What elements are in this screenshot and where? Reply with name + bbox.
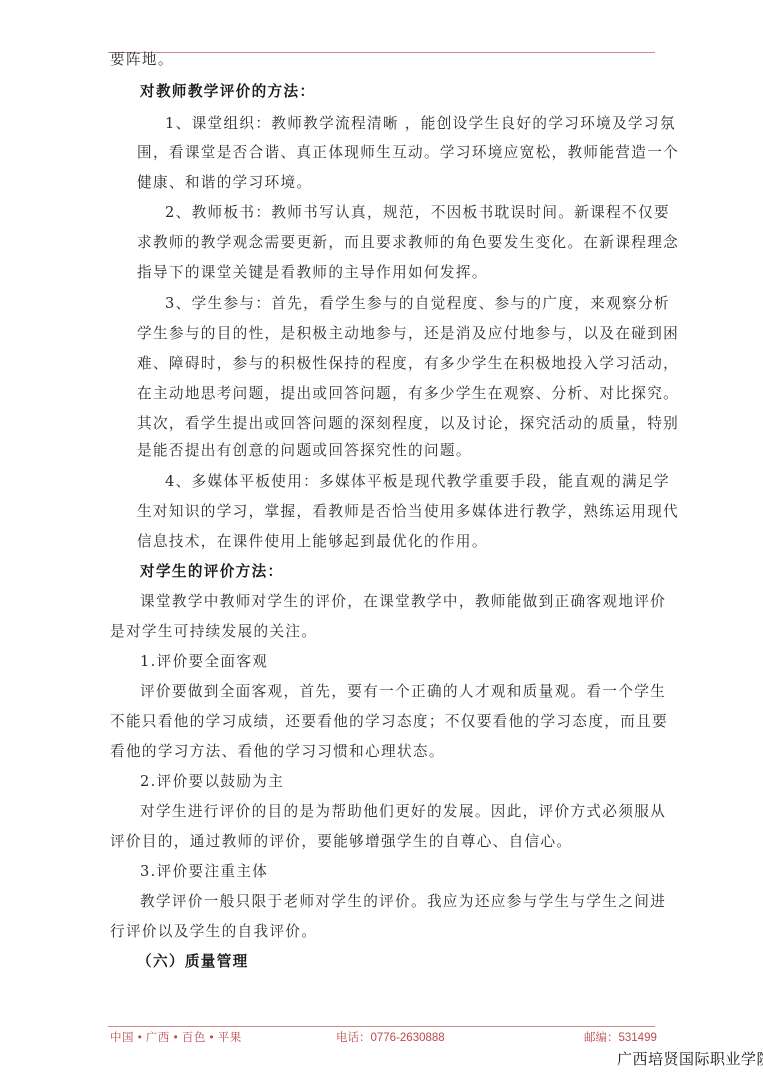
- text-line: 在主动地思考问题，提出或回答问题，有多少学生在观察、分析、对比探究。: [137, 384, 679, 404]
- footer-location: 中国 • 广西 • 百色 • 平果: [110, 1031, 242, 1045]
- text-line: 对学生进行评价的目的是为帮助他们更好的发展。因此，评价方式必须服从: [140, 802, 666, 822]
- text-line: 1、课堂组织：教师教学流程清晰 ，能创设学生良好的学习环境及学习氛: [165, 114, 676, 134]
- text-line: 课堂教学中教师对学生的评价，在课堂教学中，教师能做到正确客观地评价: [140, 592, 666, 612]
- text-line: 是对学生可持续发展的关注。: [110, 622, 317, 642]
- section-heading: 对学生的评价方法：: [140, 562, 284, 582]
- text-line: 其次，看学生提出或回答问题的深刻程度，以及讨论，探究活动的质量，特别: [137, 414, 679, 434]
- text-line: 要阵地。: [110, 50, 174, 70]
- text-line: 是能否提出有创意的问题或回答探究性的问题。: [137, 441, 472, 461]
- text-line: 3、学生参与：首先，看学生参与的自觉程度、参与的广度，来观察分析: [165, 294, 670, 314]
- text-line: 4、多媒体平板使用：多媒体平板是现代教学重要手段，能直观的满足学: [165, 472, 670, 492]
- text-line: 不能只看他的学习成绩，还要看他的学习态度；不仅要看他的学习态度，而且要: [110, 712, 668, 732]
- footer-rule: [108, 1026, 655, 1027]
- text-line: 看他的学习方法、看他的学习习惯和心理状态。: [110, 742, 445, 762]
- text-line: 行评价以及学生的自我评价。: [110, 922, 317, 942]
- text-line: 3.评价要注重主体: [140, 862, 268, 882]
- text-line: 教学评价一般只限于老师对学生的评价。我应为还应参与学生与学生之间进: [140, 892, 666, 912]
- text-line: 评价目的，通过教师的评价，要能够增强学生的自尊心、自信心。: [110, 832, 572, 852]
- section-heading: （六）质量管理: [137, 952, 249, 972]
- footer-phone: 电话：0776-2630888: [336, 1031, 445, 1045]
- section-heading: 对教师教学评价的方法：: [140, 82, 315, 102]
- header-rule: [108, 52, 655, 53]
- text-line: 生对知识的学习，掌握，看教师是否恰当使用多媒体进行教学，熟练运用现代: [137, 502, 679, 522]
- text-line: 求教师的教学观念需要更新，而且要求教师的角色要发生变化。在新课程理念: [137, 233, 679, 253]
- text-line: 2.评价要以鼓励为主: [140, 772, 284, 792]
- text-line: 难、障碍时，参与的积极性保持的程度，有多少学生在积极地投入学习活动，: [137, 354, 679, 374]
- text-line: 健康、和谐的学习环境。: [137, 173, 312, 193]
- school-name: 广西培贤国际职业学院: [617, 1050, 763, 1068]
- text-line: 1.评价要全面客观: [140, 652, 268, 672]
- text-line: 学生参与的目的性，是积极主动地参与，还是消及应付地参与，以及在碰到困: [137, 324, 679, 344]
- text-line: 2、教师板书：教师书写认真，规范，不因板书耽误时间。新课程不仅要: [165, 203, 670, 223]
- text-line: 围，看课堂是否合谐、真正体现师生互动。学习环境应宽松，教师能营造一个: [137, 143, 679, 163]
- text-line: 评价要做到全面客观，首先，要有一个正确的人才观和质量观。看一个学生: [140, 682, 666, 702]
- footer-postcode: 邮编：531499: [584, 1031, 657, 1045]
- text-line: 指导下的课堂关键是看教师的主导作用如何发挥。: [137, 263, 488, 283]
- text-line: 信息技术，在课件使用上能够起到最优化的作用。: [137, 532, 488, 552]
